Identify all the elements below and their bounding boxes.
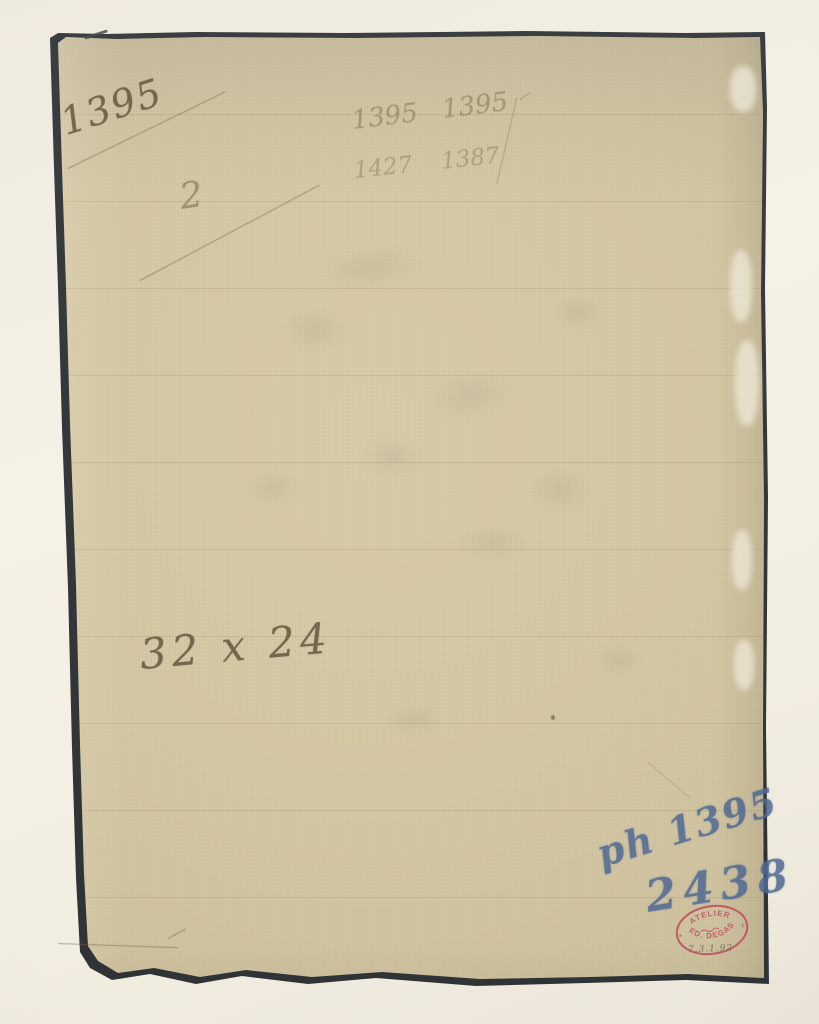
- pencil-stroke: [140, 185, 320, 281]
- stain-mark: [590, 640, 650, 680]
- inscription-date-note: 7.3.1.92: [688, 944, 734, 955]
- adhesive-residue: [732, 530, 752, 590]
- stamp-star-icon: ✳: [740, 922, 746, 930]
- stain-mark: [235, 465, 310, 510]
- adhesive-residue: [730, 250, 752, 322]
- adhesive-residue: [735, 340, 759, 426]
- adhesive-residue: [730, 66, 756, 112]
- stain-mark: [347, 424, 439, 490]
- stamp-star-icon: ✳: [678, 932, 684, 940]
- pencil-stroke: [168, 929, 186, 939]
- stain-mark: [270, 300, 360, 360]
- stain-mark: [445, 520, 540, 565]
- adhesive-residue: [734, 640, 754, 690]
- inscription-dimensions-note: 32 x 24: [138, 617, 333, 676]
- pencil-stroke: [520, 92, 530, 100]
- inscription-top-left-number: 1395: [56, 73, 167, 142]
- stain-mark: [380, 700, 450, 740]
- artwork-verso-photo: 1395 1395 1395 1427 1387 2 32 x 24 ph 13…: [0, 0, 819, 1024]
- ink-fleck: [551, 715, 555, 720]
- crease-line: [648, 762, 691, 798]
- inscription-small-mark: 2: [177, 177, 205, 216]
- stamp-text-top: ATELIER: [687, 906, 733, 927]
- stain-mark: [520, 460, 600, 520]
- marks-layer: 1395 1395 1395 1427 1387 2 32 x 24 ph 13…: [0, 0, 819, 1024]
- stain-mark: [405, 350, 535, 440]
- inscription-faint-numbers-1: 1395 1395: [350, 89, 509, 134]
- stain-mark: [545, 290, 610, 335]
- stain-mark: [298, 233, 443, 302]
- pencil-stroke: [58, 943, 178, 948]
- inscription-faint-numbers-2: 1427 1387: [353, 145, 501, 183]
